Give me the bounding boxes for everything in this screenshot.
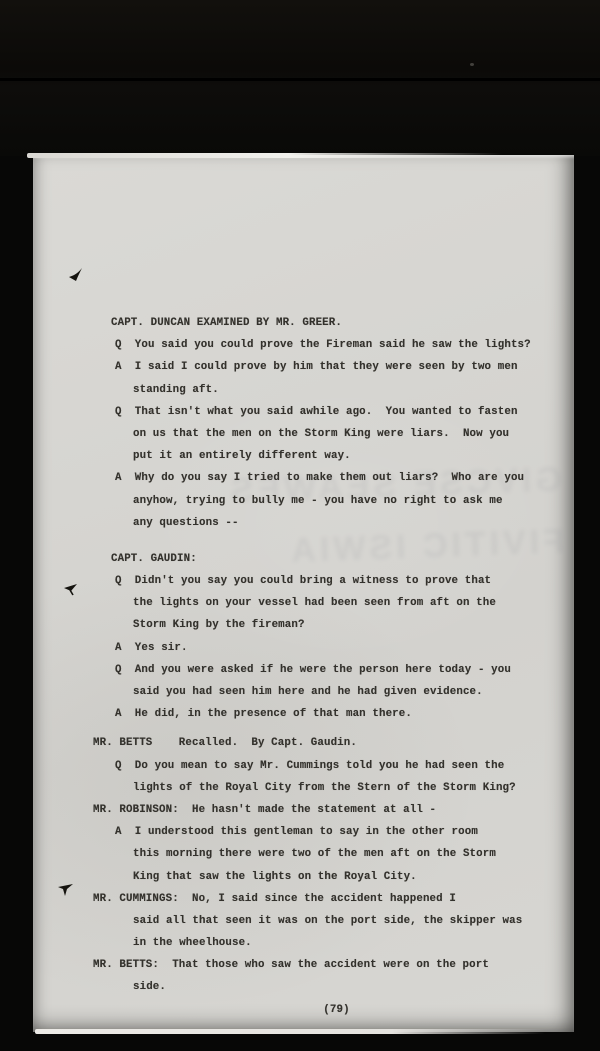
- transcript-line: side.: [33, 976, 574, 998]
- transcript-line: standing aft.: [33, 379, 574, 401]
- transcript-line: CAPT. DUNCAN EXAMINED BY MR. GREER.: [33, 312, 574, 334]
- transcript-line: MR. BETTS: That those who saw the accide…: [33, 954, 574, 976]
- transcript-line: the lights on your vessel had been seen …: [33, 592, 574, 614]
- film-frame-seam: [0, 78, 600, 81]
- transcript-line: MR. BETTS Recalled. By Capt. Gaudin.: [33, 732, 574, 754]
- transcript-line: any questions --: [33, 512, 574, 534]
- page-bottom-edge-highlight: [35, 1029, 545, 1034]
- transcript-line: A Why do you say I tried to make them ou…: [33, 467, 574, 489]
- transcript-text-block: CAPT. DUNCAN EXAMINED BY MR. GREER.Q You…: [33, 312, 574, 1021]
- scanned-document-photo: GIVCSE SEAWESFIVITIC ISWIA CAPT. DUNCAN …: [0, 0, 600, 1051]
- transcript-line: King that saw the lights on the Royal Ci…: [33, 866, 574, 888]
- dust-speck: [470, 63, 474, 66]
- transcript-line: put it an entirely different way.: [33, 445, 574, 467]
- transcript-line: A He did, in the presence of that man th…: [33, 703, 574, 725]
- transcript-line: Q Didn't you say you could bring a witne…: [33, 570, 574, 592]
- page-number: (79): [33, 999, 574, 1021]
- transcript-line: MR. ROBINSON: He hasn't made the stateme…: [33, 799, 574, 821]
- transcript-line: lights of the Royal City from the Stern …: [33, 777, 574, 799]
- transcript-line: said all that seen it was on the port si…: [33, 910, 574, 932]
- transcript-line: Q Do you mean to say Mr. Cummings told y…: [33, 755, 574, 777]
- transcript-line: anyhow, trying to bully me - you have no…: [33, 490, 574, 512]
- transcript-line: this morning there were two of the men a…: [33, 843, 574, 865]
- transcript-line: A I said I could prove by him that they …: [33, 356, 574, 378]
- transcript-line: Storm King by the fireman?: [33, 614, 574, 636]
- transcript-line: in the wheelhouse.: [33, 932, 574, 954]
- transcript-line: A Yes sir.: [33, 637, 574, 659]
- transcript-line: Q That isn't what you said awhile ago. Y…: [33, 401, 574, 423]
- transcript-line: Q You said you could prove the Fireman s…: [33, 334, 574, 356]
- transcript-line: Q And you were asked if he were the pers…: [33, 659, 574, 681]
- transcript-line: CAPT. GAUDIN:: [33, 548, 574, 570]
- page-top-edge-highlight: [27, 153, 502, 158]
- ink-check-mark-icon: [67, 267, 83, 283]
- transcript-line: A I understood this gentleman to say in …: [33, 821, 574, 843]
- transcript-line: MR. CUMMINGS: No, I said since the accid…: [33, 888, 574, 910]
- transcript-line: said you had seen him here and he had gi…: [33, 681, 574, 703]
- document-page: GIVCSE SEAWESFIVITIC ISWIA CAPT. DUNCAN …: [33, 155, 574, 1032]
- transcript-line: on us that the men on the Storm King wer…: [33, 423, 574, 445]
